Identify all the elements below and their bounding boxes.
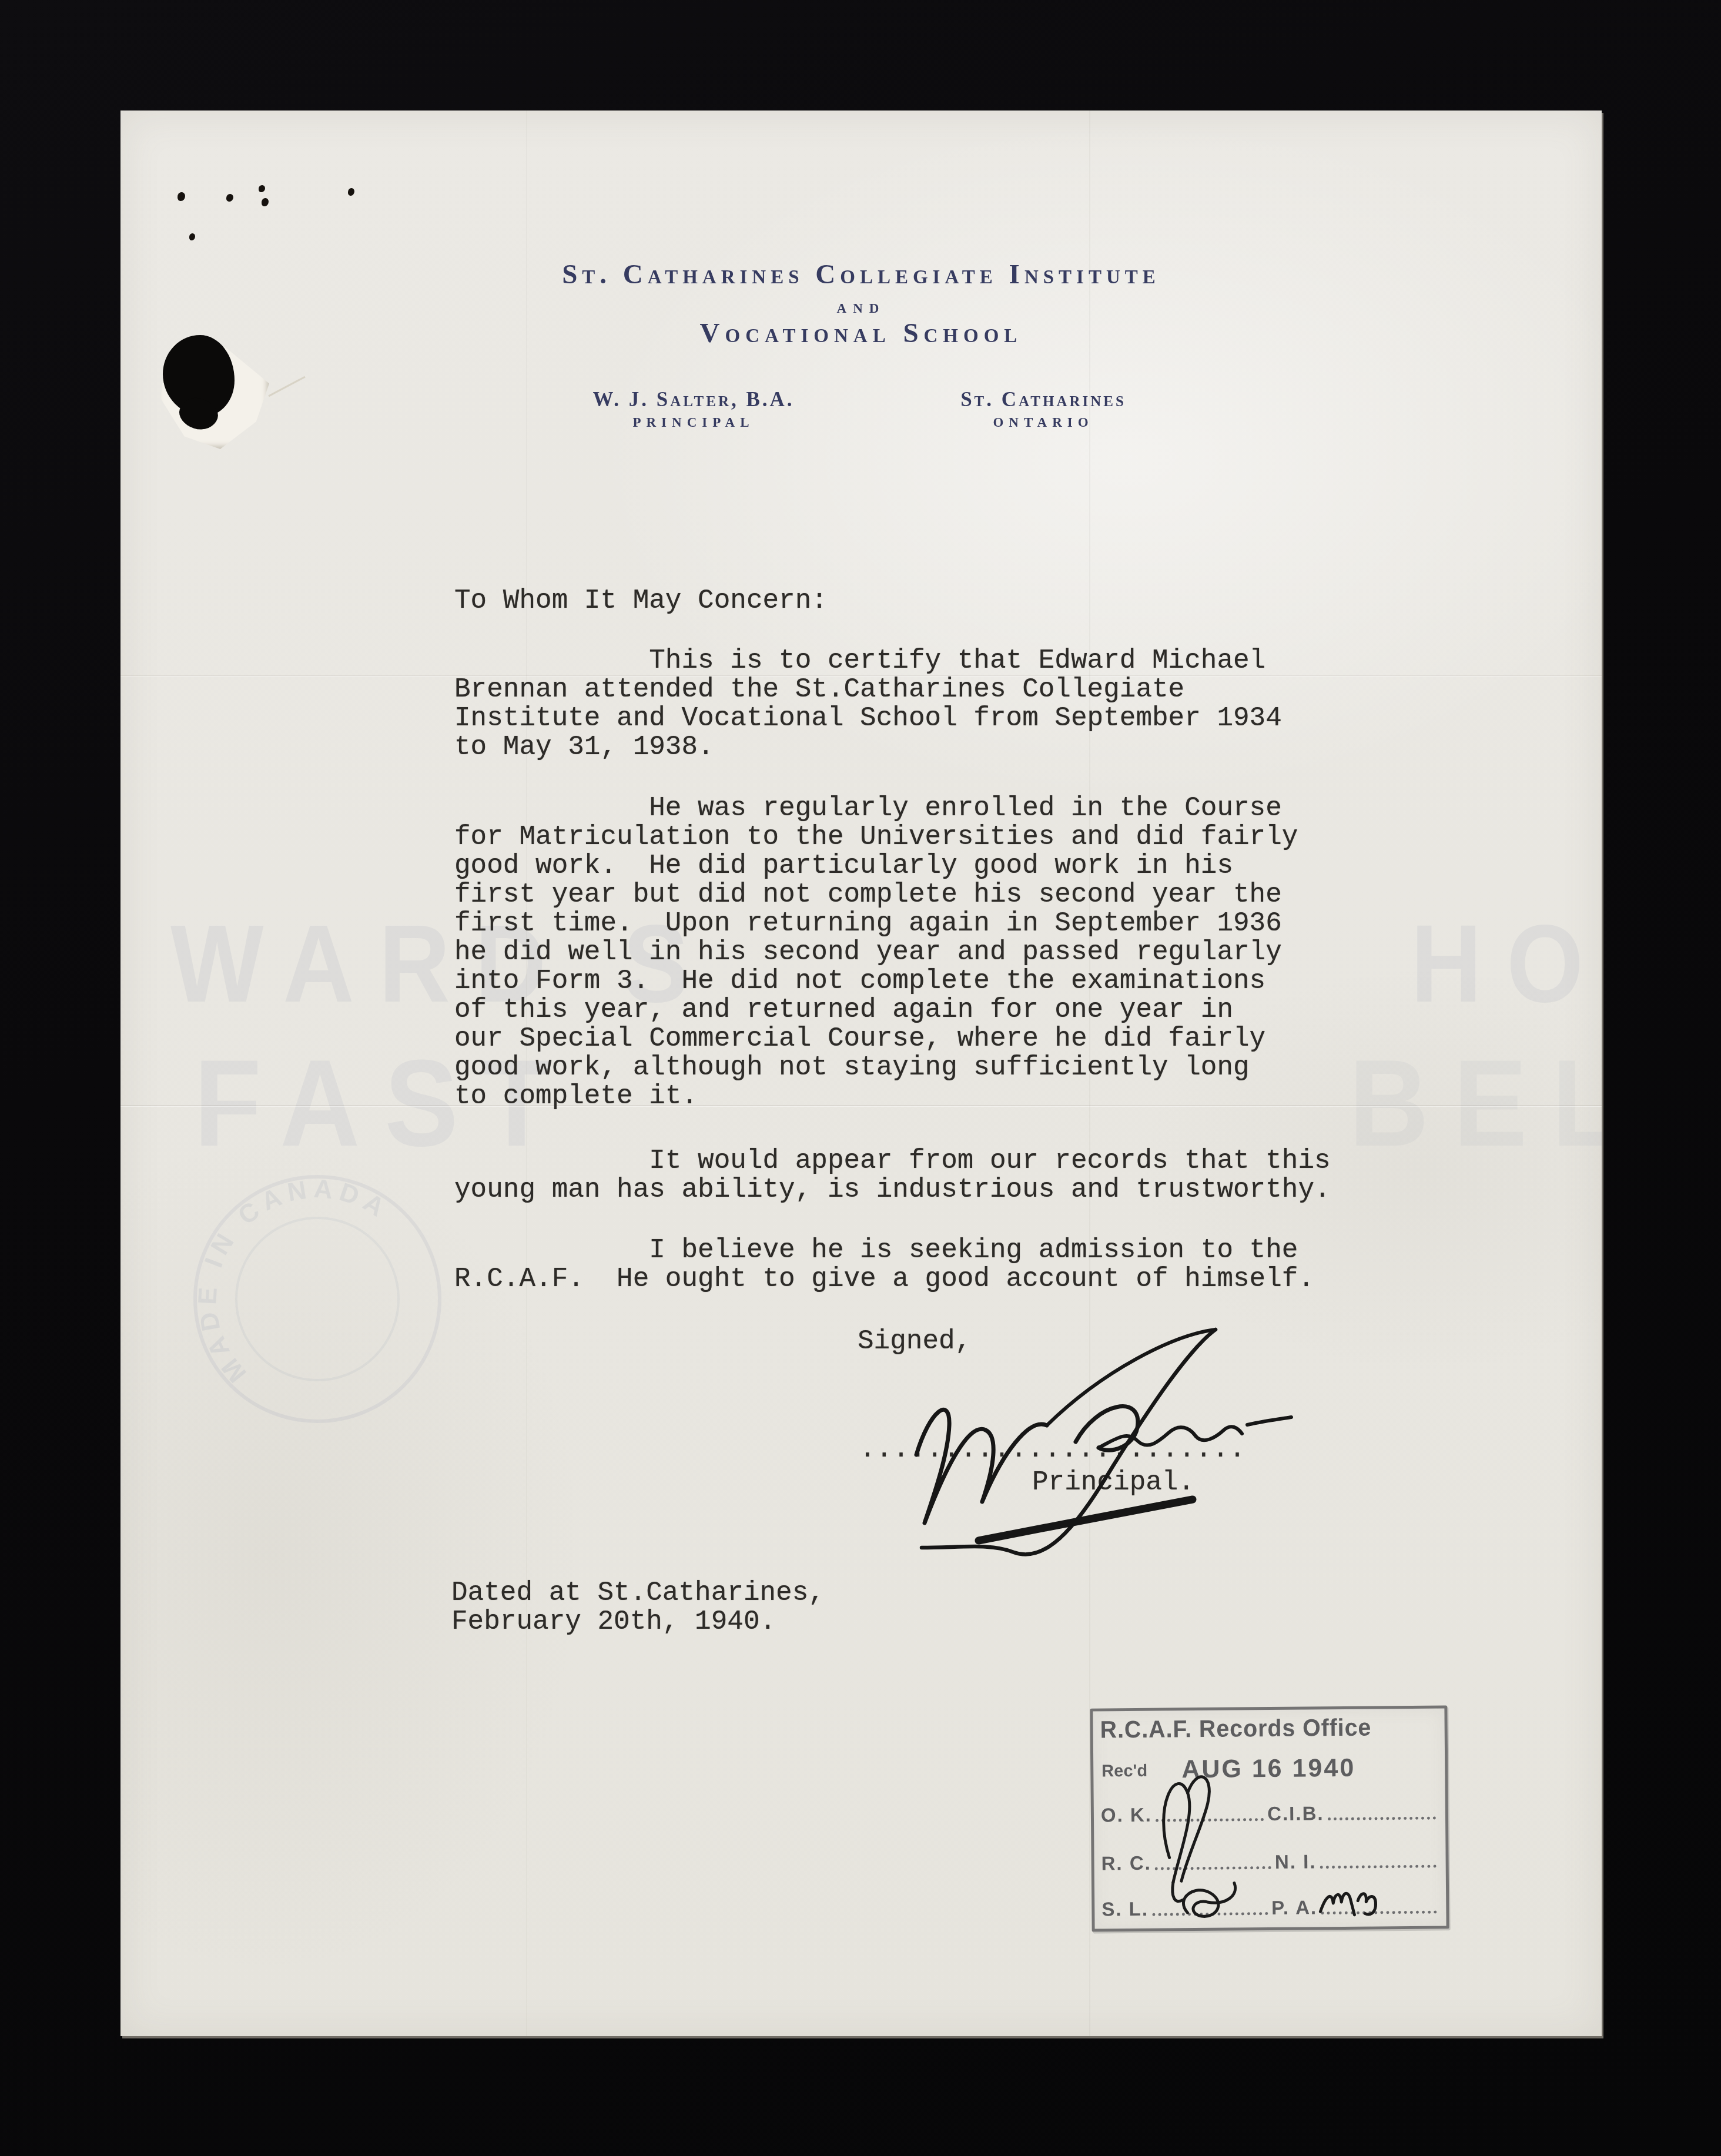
body-paragraph: I believe he is seeking admission to the… (454, 1236, 1314, 1294)
svg-text:MADE IN CANADA: MADE IN CANADA (193, 1174, 394, 1388)
stamp-row-label: R. C. (1101, 1852, 1151, 1875)
stamp-received-label: Rec'd (1101, 1762, 1147, 1782)
stamp-row-label: N. I. (1275, 1850, 1317, 1873)
body-paragraph: He was regularly enrolled in the Course … (454, 794, 1298, 1111)
letterhead-conjunction: AND (837, 301, 886, 316)
letter-page: WARD S HO FAST BELL MADE IN CANADA (120, 111, 1602, 2036)
stamp-row-label: C.I.B. (1267, 1802, 1324, 1825)
ghost-circular-stamp: MADE IN CANADA (182, 1164, 453, 1434)
signature-dotted-line: ....................... (859, 1435, 1246, 1464)
salutation: To Whom It May Concern: (454, 587, 828, 615)
dotted-leader (1155, 1865, 1271, 1870)
pin-hole (259, 185, 265, 192)
stamp-row: S. L. P. A. (1101, 1895, 1440, 1920)
signed-label: Signed, (858, 1327, 971, 1356)
dotted-leader (1320, 1864, 1437, 1869)
stamp-row: R. C. N. I. (1101, 1849, 1439, 1874)
letterhead-city: St. Catharines (960, 388, 1126, 411)
ghost-showthrough-text: BELL (1349, 1032, 1602, 1174)
pin-hole (189, 233, 195, 240)
torn-hole (150, 334, 285, 463)
rcaf-records-stamp: R.C.A.F. Records Office Rec'd AUG 16 194… (1090, 1705, 1449, 1931)
dateline: Dated at St.Catharines, February 20th, 1… (451, 1579, 825, 1636)
letterhead-school-name-2: Vocational School (700, 317, 1023, 349)
pin-hole (178, 192, 185, 201)
dotted-leader (1321, 1910, 1437, 1915)
letterhead-province: ONTARIO (993, 415, 1093, 430)
ghost-circular-stamp-text: MADE IN CANADA (193, 1174, 394, 1388)
dotted-leader (1152, 1911, 1268, 1916)
body-paragraph: It would appear from our records that th… (454, 1147, 1331, 1204)
letterhead-principal-name: W. J. Salter, B.A. (592, 388, 794, 411)
pin-hole (348, 188, 354, 196)
signatory-title: Principal. (1032, 1468, 1194, 1497)
pin-hole (226, 194, 233, 202)
letterhead-school-name: St. Catharines Collegiate Institute (562, 259, 1160, 290)
stamp-row-label: S. L. (1101, 1898, 1149, 1921)
stamp-row: O. K. C.I.B. (1101, 1801, 1439, 1826)
scan-background: WARD S HO FAST BELL MADE IN CANADA (0, 0, 1721, 2156)
body-paragraph: This is to certify that Edward Michael B… (454, 647, 1282, 762)
stamp-row-label: P. A. (1271, 1896, 1317, 1919)
dotted-leader (1156, 1817, 1264, 1822)
pin-hole (262, 198, 269, 206)
stamp-row-label: O. K. (1101, 1804, 1152, 1827)
dotted-leader (1328, 1816, 1436, 1821)
ghost-showthrough-text: HO (1411, 900, 1602, 1027)
letterhead-principal-title: PRINCIPAL (632, 415, 754, 430)
tear-crease (268, 376, 305, 397)
stamp-title: R.C.A.F. Records Office (1100, 1713, 1371, 1743)
stamp-received-date: AUG 16 1940 (1181, 1754, 1355, 1785)
